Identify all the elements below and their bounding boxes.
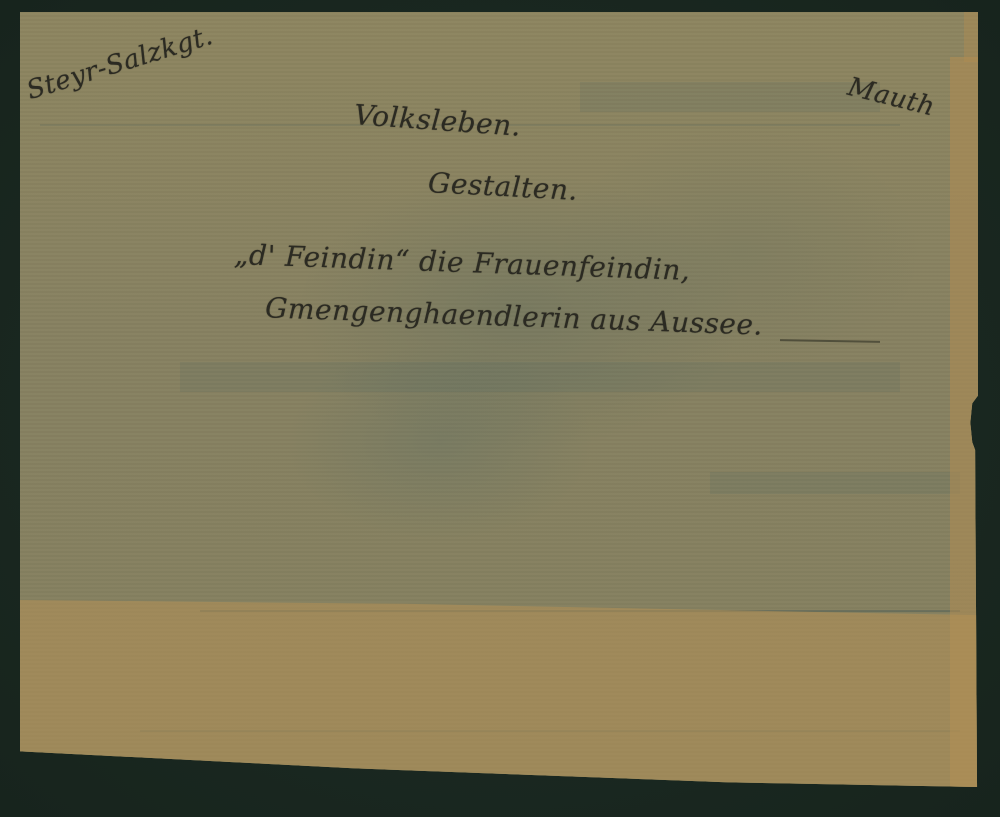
bleed-through-print [710, 472, 960, 494]
bleed-through-print [180, 362, 900, 392]
bleed-through-print [580, 82, 880, 112]
tape-strip-right-top [964, 12, 978, 62]
